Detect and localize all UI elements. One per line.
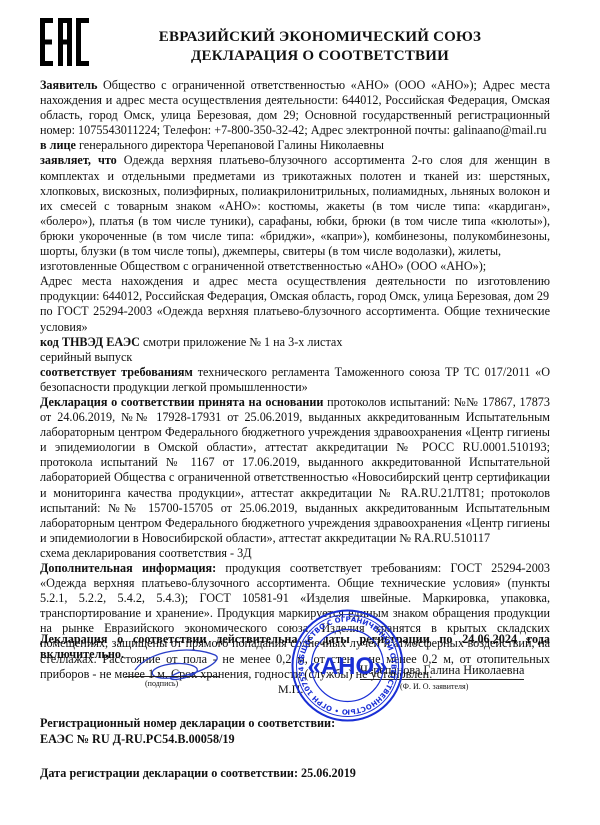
company-stamp: ОБЩЕСТВО С ОГРАНИЧЕННОЙ ОТВЕТСТВЕННОСТЬЮ… xyxy=(290,608,405,723)
manufacturer-paragraph: изготовленные Обществом с ограниченной о… xyxy=(40,259,550,274)
applicant-paragraph: Заявитель Общество с ограниченной ответс… xyxy=(40,78,550,138)
applicant-name-caption: (Ф. И. О. заявителя) xyxy=(400,682,468,691)
title-union: ЕВРАЗИЙСКИЙ ЭКОНОМИЧЕСКИЙ СОЮЗ xyxy=(150,28,490,47)
manufacturer-address: Адрес места нахождения и адрес места осу… xyxy=(40,274,550,304)
eac-logo xyxy=(40,18,90,66)
basis-paragraph: Декларация о соответствии принята на осн… xyxy=(40,395,550,546)
declares-paragraph: заявляет, что Одежда верхняя платьево-бл… xyxy=(40,153,550,259)
signature-line xyxy=(125,676,220,677)
code-paragraph: код ТНВЭД ЕАЭС смотри приложение № 1 на … xyxy=(40,335,550,350)
signature-caption: (подпись) xyxy=(145,679,178,688)
registration-date: Дата регистрации декларации о соответств… xyxy=(40,766,356,781)
standard-paragraph: по ГОСТ 25294-2003 «Одежда верхняя плать… xyxy=(40,304,550,334)
document-title: ЕВРАЗИЙСКИЙ ЭКОНОМИЧЕСКИЙ СОЮЗ ДЕКЛАРАЦИ… xyxy=(150,28,490,66)
registration-label: Регистрационный номер декларации о соотв… xyxy=(40,715,335,731)
serial-paragraph: серийный выпуск xyxy=(40,350,550,365)
registration-block: Регистрационный номер декларации о соотв… xyxy=(40,715,335,747)
scheme-paragraph: схема декларирования соответствия - 3Д xyxy=(40,546,550,561)
represented-paragraph: в лице генерального директора Черепаново… xyxy=(40,138,550,153)
stamp-center-text: «АНО» xyxy=(307,653,387,680)
conforms-paragraph: соответствует требованиям технического р… xyxy=(40,365,550,395)
title-declaration: ДЕКЛАРАЦИЯ О СООТВЕТСТВИИ xyxy=(150,47,490,66)
declaration-body: Заявитель Общество с ограниченной ответс… xyxy=(40,78,550,682)
registration-number: ЕАЭС № RU Д-RU.РС54.В.00058/19 xyxy=(40,731,335,747)
